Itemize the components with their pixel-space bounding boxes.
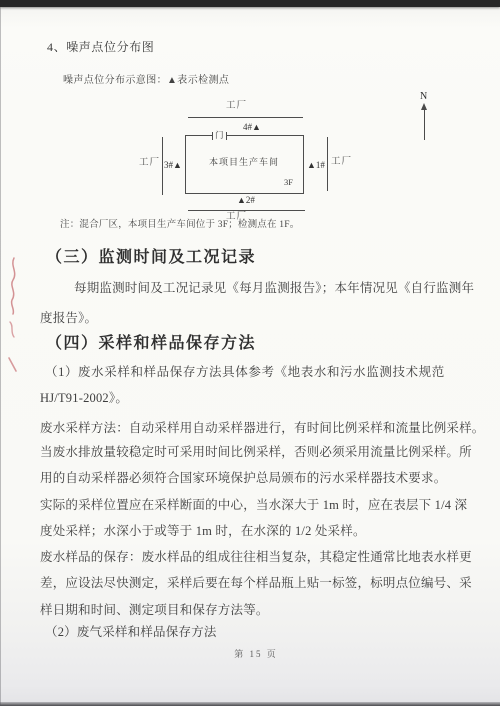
door-symbol: 门 <box>204 130 235 141</box>
para3-line: 当废水排放量较稳定时可采用时间比例采样，否则必须采用流量比例采样。所 <box>40 444 472 460</box>
page-number: 第 15 页 <box>0 649 500 661</box>
monitor-point-2: ▲2# <box>237 195 255 207</box>
scan-edge-top <box>0 0 500 7</box>
section3-heading: （三）监测时间及工况记录 <box>46 248 256 269</box>
scan-edge-bottom <box>0 702 500 706</box>
para1-line: （1）废水采样和样品保存方法具体参考《地表水和污水监测技术规范 <box>45 364 445 380</box>
factory-label-top: 工厂 <box>226 100 247 112</box>
monitor-point-1: ▲1# <box>307 160 325 172</box>
north-label: N <box>420 90 427 103</box>
door-label: 门 <box>213 130 226 141</box>
north-arrow-head <box>421 103 427 110</box>
boundary-line-left <box>162 137 163 195</box>
para5-line: 样日期和时间、测定项目和保存方法等。 <box>40 602 269 618</box>
section3-line: 度报告》。 <box>40 310 97 326</box>
sub2-heading: （2）废气采样和样品保存方法 <box>45 624 217 640</box>
boundary-line-top <box>188 117 303 118</box>
monitor-point-3: 3#▲ <box>164 160 182 172</box>
para5-line: 废水样品的保存：废水样品的组成往往相当复杂，其稳定性通常比地表水样更 <box>40 549 472 565</box>
factory-label-right: 工厂 <box>331 156 352 168</box>
door-line-right <box>227 135 235 136</box>
handwritten-red-marks <box>1 252 31 382</box>
door-line-left <box>204 135 212 136</box>
diagram-legend: 噪声点位分布示意图：▲表示检测点 <box>63 74 229 87</box>
noise-map-title: 4、噪声点位分布图 <box>47 40 154 56</box>
monitor-point-4: 4#▲ <box>243 122 261 134</box>
para3-line: 用的自动采样器必须符合国家环境保护总局颁布的污水采样器技术要求。 <box>40 470 446 486</box>
section3-line: 每期监测时间及工况记录见《每月监测报告》；本年情况见《自行监测年 <box>74 280 474 296</box>
para2-line: 废水采样方法：自动采样用自动采样器进行，有时间比例采样和流量比例采样。 <box>40 420 485 436</box>
north-arrow-shaft <box>424 110 425 140</box>
para4-line: 实际的采样位置应在采样断面的中心，当水深大于 1m 时，应在表层下 1/4 深 <box>40 497 467 513</box>
diagram-note: 注：混合厂区，本项目生产车间位于 3F；检测点在 1F。 <box>60 219 299 231</box>
floor-label: 3F <box>284 177 293 188</box>
para1-line: HJ/T91-2002》。 <box>40 390 128 406</box>
workshop-label: 本项目生产车间 <box>209 157 279 169</box>
factory-label-left: 工厂 <box>139 157 160 169</box>
para5-line: 差，应设法尽快测定，采样后要在每个样品瓶上贴一标签，标明点位编号、采 <box>40 575 472 591</box>
para4-line: 度处采样；水深小于或等于 1m 时，在水深的 1/2 处采样。 <box>40 523 366 539</box>
scanned-document-page: 4、噪声点位分布图 噪声点位分布示意图：▲表示检测点 N 工厂 工厂 工厂 工厂… <box>0 0 500 706</box>
boundary-line-right <box>327 137 328 191</box>
section4-heading: （四）采样和样品保存方法 <box>46 334 256 355</box>
